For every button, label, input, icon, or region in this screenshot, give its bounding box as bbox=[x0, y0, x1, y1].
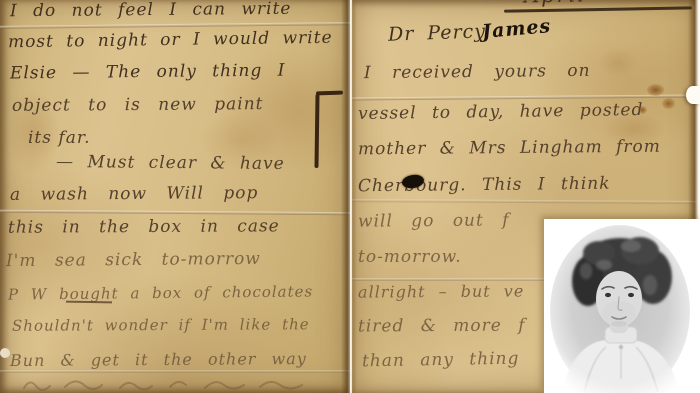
handwritten-line: allright – but ve bbox=[358, 283, 524, 300]
vignette-fade bbox=[544, 219, 700, 393]
handwritten-line: — Must clear & have bbox=[56, 154, 285, 173]
handwritten-line: I received yours on bbox=[364, 63, 591, 82]
handwritten-line: will go out f bbox=[358, 212, 510, 230]
handwritten-line: mother & Mrs Lingham from bbox=[358, 139, 661, 159]
foxing-patch bbox=[598, 48, 638, 78]
foxing-spot bbox=[662, 98, 675, 109]
handwritten-line: Cherbourg. This I think bbox=[358, 176, 611, 196]
handwritten-line: Shouldn't wonder if I'm like the bbox=[12, 317, 310, 334]
handwritten-line: I do not feel I can write bbox=[10, 1, 292, 20]
fold-crease bbox=[0, 210, 350, 215]
handwritten-line: object to is new paint bbox=[12, 96, 264, 115]
handwritten-line: vessel to day, have posted bbox=[358, 102, 644, 123]
portrait-photo bbox=[544, 219, 700, 393]
letter-date-heading: April bbox=[524, 0, 586, 7]
handwritten-line: Elsie — The only thing I bbox=[10, 63, 286, 83]
handwritten-line: to-morrow. bbox=[358, 249, 462, 266]
partial-handwriting-line bbox=[20, 376, 310, 393]
paper-spot bbox=[0, 348, 10, 358]
portrait-photo-svg bbox=[544, 219, 700, 393]
handwritten-line: its far. bbox=[28, 130, 91, 147]
handwritten-line: a wash now Will pop bbox=[10, 185, 258, 204]
handwritten-line: most to night or I would write bbox=[8, 30, 333, 52]
handwritten-line: tired & more f bbox=[358, 318, 526, 336]
paper-right-edge bbox=[688, 0, 700, 230]
handwritten-line: this in the box in case bbox=[8, 218, 280, 236]
fold-crease bbox=[352, 94, 700, 100]
letter-photograph: I do not feel I can write most to night … bbox=[0, 0, 700, 393]
fold-crease bbox=[0, 370, 350, 373]
paper-tear-notch bbox=[686, 86, 700, 104]
page-fold-gap bbox=[341, 0, 357, 393]
handwritten-line: than any thing bbox=[362, 351, 520, 371]
handwritten-line: I'm sea sick to-morrow bbox=[6, 251, 261, 270]
handwritten-line: Bun & get it the other way bbox=[10, 351, 307, 369]
foxing-spot bbox=[647, 84, 664, 96]
fold-crease bbox=[352, 199, 700, 204]
salutation: Dr Percy bbox=[388, 22, 487, 44]
handwritten-line: P W bought a box of chocolates bbox=[8, 284, 313, 302]
